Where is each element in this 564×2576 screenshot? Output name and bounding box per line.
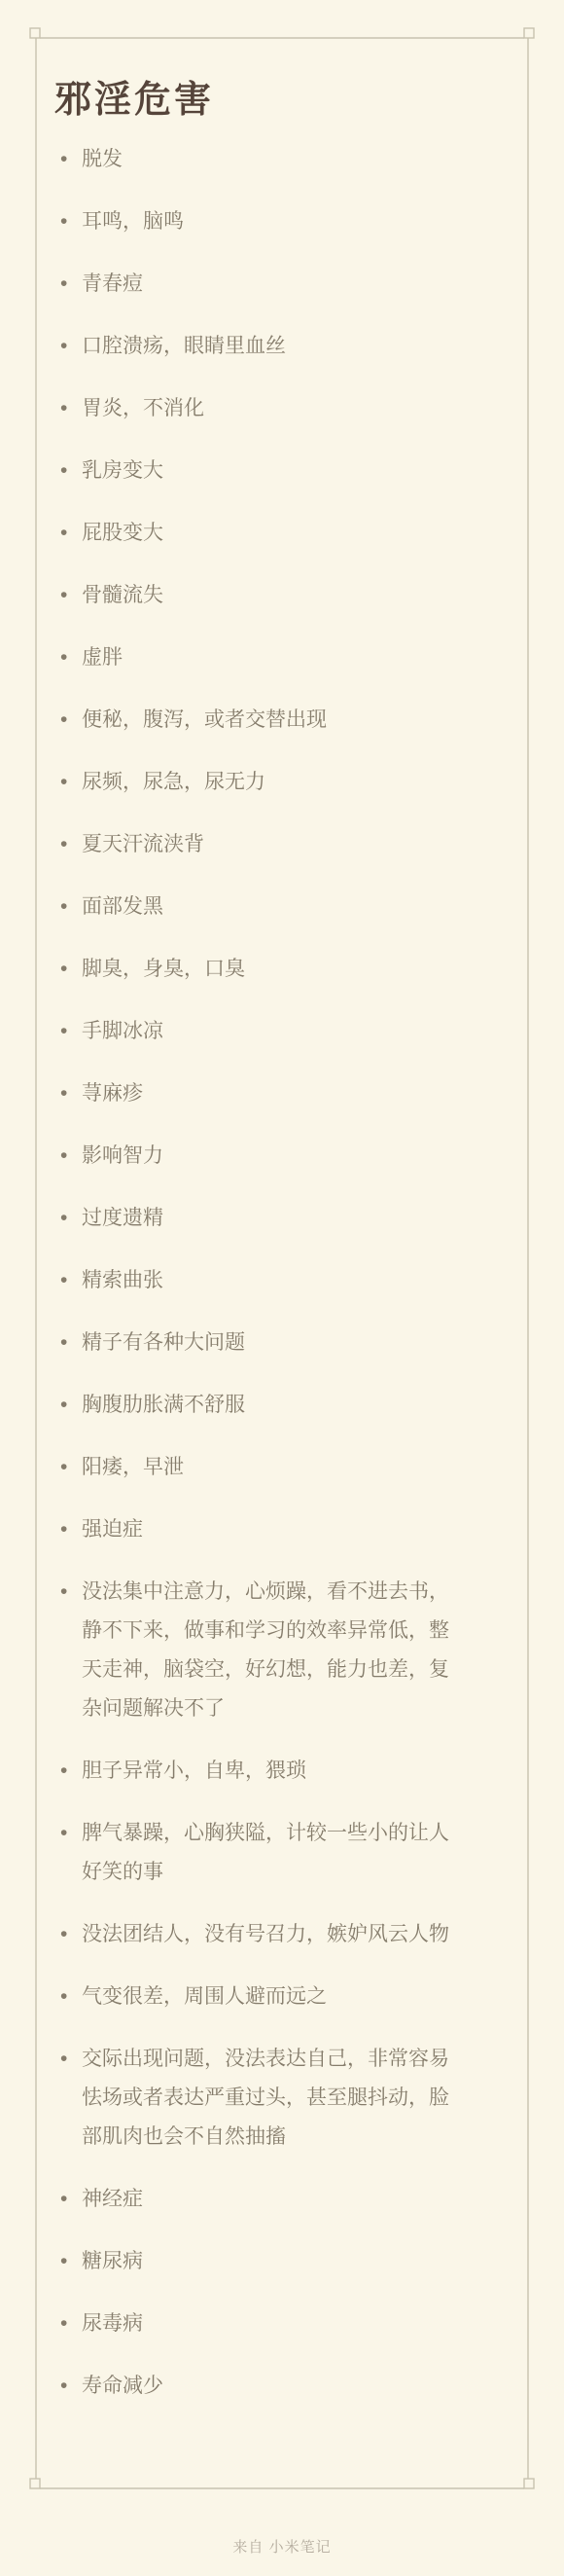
bullet-icon: • — [60, 2304, 67, 2343]
bullet-icon: • — [60, 2242, 67, 2281]
harm-text: 阳痿，早泄 — [82, 1456, 184, 1478]
footer-attribution: 来自 小米笔记 — [0, 2536, 564, 2559]
bullet-icon: • — [60, 265, 67, 304]
bullet-icon: • — [60, 1324, 67, 1362]
harm-text: 脾气暴躁，心胸狭隘，计较一些小的让人好笑的事 — [82, 1822, 449, 1883]
harm-list-item: •过度遗精 — [54, 1199, 510, 1238]
bullet-icon: • — [60, 2367, 67, 2406]
harm-list-item: •强迫症 — [54, 1510, 510, 1549]
harm-list-item: •没法集中注意力，心烦躁，看不进去书，静不下来，做事和学习的效率异常低，整天走神… — [54, 1573, 510, 1728]
bullet-icon: • — [60, 950, 67, 989]
harm-list-item: •耳鸣，脑鸣 — [54, 202, 510, 241]
bullet-icon: • — [60, 1573, 67, 1612]
harm-text: 胃炎，不消化 — [82, 397, 204, 419]
bullet-icon: • — [60, 1012, 67, 1051]
bullet-icon: • — [60, 452, 67, 490]
note-content: 邪淫危害 •脱发•耳鸣，脑鸣•青春痘•口腔溃疡，眼睛里血丝•胃炎，不消化•乳房变… — [0, 0, 564, 2429]
bullet-icon: • — [60, 701, 67, 740]
harm-list-item: •尿频，尿急，尿无力 — [54, 763, 510, 802]
harm-list-item: •寿命减少 — [54, 2367, 510, 2406]
harm-text: 胸腹肋胀满不舒服 — [82, 1394, 245, 1416]
bullet-icon: • — [60, 1915, 67, 1954]
bullet-icon: • — [60, 763, 67, 802]
bullet-icon: • — [60, 1448, 67, 1487]
bullet-icon: • — [60, 1814, 67, 1853]
harm-text: 尿毒病 — [82, 2312, 143, 2335]
harms-list: •脱发•耳鸣，脑鸣•青春痘•口腔溃疡，眼睛里血丝•胃炎，不消化•乳房变大•屁股变… — [54, 140, 510, 2406]
harm-list-item: •神经症 — [54, 2180, 510, 2219]
harm-list-item: •虚胖 — [54, 638, 510, 677]
harm-list-item: •乳房变大 — [54, 452, 510, 490]
harm-text: 影响智力 — [82, 1144, 163, 1167]
harm-list-item: •青春痘 — [54, 265, 510, 304]
harm-text: 骨髓流失 — [82, 584, 163, 606]
bullet-icon: • — [60, 514, 67, 553]
harm-text: 荨麻疹 — [82, 1082, 143, 1105]
harm-text: 青春痘 — [82, 272, 143, 295]
harm-text: 过度遗精 — [82, 1207, 163, 1229]
harm-text: 精索曲张 — [82, 1269, 163, 1291]
harm-text: 强迫症 — [82, 1518, 143, 1541]
harm-list-item: •精索曲张 — [54, 1261, 510, 1300]
harm-list-item: •气变很差，周围人避而远之 — [54, 1977, 510, 2016]
bullet-icon: • — [60, 140, 67, 179]
harm-text: 精子有各种大问题 — [82, 1331, 245, 1354]
harm-text: 屁股变大 — [82, 522, 163, 544]
page-title: 邪淫危害 — [54, 0, 510, 123]
note-card-page: 邪淫危害 •脱发•耳鸣，脑鸣•青春痘•口腔溃疡，眼睛里血丝•胃炎，不消化•乳房变… — [0, 0, 564, 2576]
harm-list-item: •尿毒病 — [54, 2304, 510, 2343]
harm-text: 面部发黑 — [82, 895, 163, 918]
harm-text: 便秘，腹泻，或者交替出现 — [82, 708, 327, 731]
harm-text: 神经症 — [82, 2188, 143, 2210]
bullet-icon: • — [60, 202, 67, 241]
harm-list-item: •交际出现问题，没法表达自己，非常容易怯场或者表达严重过头，甚至腿抖动，脸部肌肉… — [54, 2040, 510, 2157]
harm-text: 耳鸣，脑鸣 — [82, 210, 184, 233]
harm-text: 没法集中注意力，心烦躁，看不进去书，静不下来，做事和学习的效率异常低，整天走神，… — [82, 1580, 449, 1720]
bullet-icon: • — [60, 1137, 67, 1176]
frame-corner-square-bottom-left — [30, 2479, 40, 2488]
harm-list-item: •脾气暴躁，心胸狭隘，计较一些小的让人好笑的事 — [54, 1814, 510, 1892]
harm-list-item: •屁股变大 — [54, 514, 510, 553]
harm-text: 交际出现问题，没法表达自己，非常容易怯场或者表达严重过头，甚至腿抖动，脸部肌肉也… — [82, 2048, 449, 2148]
harm-list-item: •没法团结人，没有号召力，嫉妒风云人物 — [54, 1915, 510, 1954]
harm-text: 虚胖 — [82, 646, 123, 669]
bullet-icon: • — [60, 389, 67, 428]
harm-list-item: •荨麻疹 — [54, 1074, 510, 1113]
harm-text: 脚臭，身臭，口臭 — [82, 958, 245, 980]
bullet-icon: • — [60, 638, 67, 677]
bullet-icon: • — [60, 2180, 67, 2219]
bullet-icon: • — [60, 1510, 67, 1549]
bullet-icon: • — [60, 888, 67, 926]
harm-list-item: •夏天汗流浃背 — [54, 825, 510, 864]
bullet-icon: • — [60, 1977, 67, 2016]
bullet-icon: • — [60, 2040, 67, 2079]
harm-list-item: •手脚冰凉 — [54, 1012, 510, 1051]
harm-text: 手脚冰凉 — [82, 1020, 163, 1042]
harm-list-item: •脱发 — [54, 140, 510, 179]
harm-list-item: •便秘，腹泻，或者交替出现 — [54, 701, 510, 740]
bullet-icon: • — [60, 576, 67, 615]
bullet-icon: • — [60, 1074, 67, 1113]
harm-list-item: •糖尿病 — [54, 2242, 510, 2281]
harm-text: 没法团结人，没有号召力，嫉妒风云人物 — [82, 1923, 449, 1945]
harm-list-item: •骨髓流失 — [54, 576, 510, 615]
harm-list-item: •面部发黑 — [54, 888, 510, 926]
frame-corner-square-bottom-right — [524, 2479, 534, 2488]
harm-text: 胆子异常小，自卑，猥琐 — [82, 1760, 306, 1782]
harm-text: 气变很差，周围人避而远之 — [82, 1985, 327, 2008]
harm-list-item: •精子有各种大问题 — [54, 1324, 510, 1362]
harm-text: 乳房变大 — [82, 459, 163, 482]
bullet-icon: • — [60, 825, 67, 864]
bullet-icon: • — [60, 1199, 67, 1238]
harm-list-item: •胃炎，不消化 — [54, 389, 510, 428]
bullet-icon: • — [60, 327, 67, 366]
harm-text: 糖尿病 — [82, 2250, 143, 2272]
harm-list-item: •胆子异常小，自卑，猥琐 — [54, 1752, 510, 1791]
harm-text: 夏天汗流浃背 — [82, 833, 204, 855]
harm-list-item: •阳痿，早泄 — [54, 1448, 510, 1487]
bullet-icon: • — [60, 1752, 67, 1791]
bullet-icon: • — [60, 1261, 67, 1300]
harm-text: 寿命减少 — [82, 2375, 163, 2397]
harm-list-item: •口腔溃疡，眼睛里血丝 — [54, 327, 510, 366]
harm-text: 口腔溃疡，眼睛里血丝 — [82, 335, 286, 357]
harm-text: 尿频，尿急，尿无力 — [82, 771, 265, 793]
bullet-icon: • — [60, 1386, 67, 1425]
harm-list-item: •脚臭，身臭，口臭 — [54, 950, 510, 989]
harm-list-item: •胸腹肋胀满不舒服 — [54, 1386, 510, 1425]
harm-list-item: •影响智力 — [54, 1137, 510, 1176]
harm-text: 脱发 — [82, 148, 123, 170]
